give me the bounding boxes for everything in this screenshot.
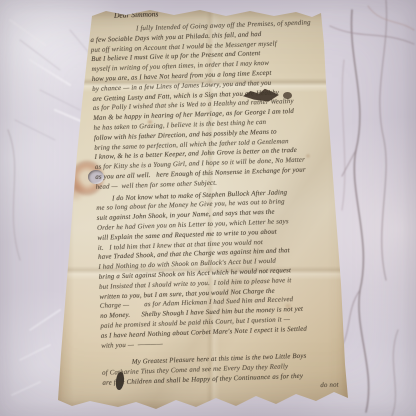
photo-of-letter-on-marble: Dear Simmons I fully Intended of Going a… — [0, 0, 416, 416]
letter-body: I fully Intended of Going away off the P… — [90, 18, 339, 398]
letter-paper: Dear Simmons I fully Intended of Going a… — [50, 4, 350, 414]
